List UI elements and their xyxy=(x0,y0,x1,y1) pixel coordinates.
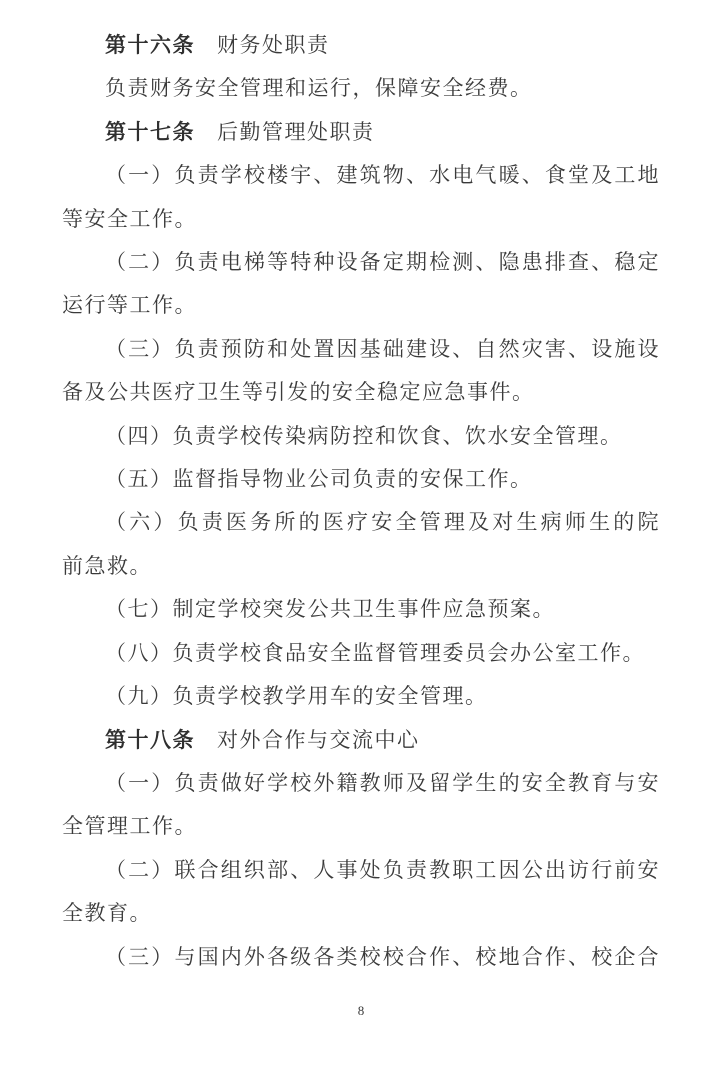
document-line: （三）负责预防和处置因基础建设、自然灾害、设施设 xyxy=(62,328,660,371)
document-line: （八）负责学校食品安全监督管理委员会办公室工作。 xyxy=(62,632,660,675)
document-line: （四）负责学校传染病防控和饮食、饮水安全管理。 xyxy=(62,415,660,458)
document-line: （一）负责做好学校外籍教师及留学生的安全教育与安 xyxy=(62,762,660,805)
document-line: （三）与国内外各级各类校校合作、校地合作、校企合 xyxy=(62,936,660,979)
document-line: （二）负责电梯等特种设备定期检测、隐患排查、稳定 xyxy=(62,241,660,284)
article-number: 第十八条 xyxy=(105,728,195,752)
article-number: 第十六条 xyxy=(105,33,195,57)
document-line: 等安全工作。 xyxy=(62,198,660,241)
document-line: 运行等工作。 xyxy=(62,284,660,327)
page-number: 8 xyxy=(0,1001,722,1021)
article-heading: 第十八条对外合作与交流中心 xyxy=(62,719,660,762)
document-line: 全教育。 xyxy=(62,892,660,935)
document-line: （五）监督指导物业公司负责的安保工作。 xyxy=(62,458,660,501)
article-title: 对外合作与交流中心 xyxy=(217,728,420,752)
article-heading: 第十六条财务处职责 xyxy=(62,24,660,67)
document-line: 全管理工作。 xyxy=(62,805,660,848)
document-line: （七）制定学校突发公共卫生事件应急预案。 xyxy=(62,588,660,631)
document-line: 负责财务安全管理和运行，保障安全经费。 xyxy=(62,67,660,110)
article-title: 后勤管理处职责 xyxy=(217,120,375,144)
document-page: { "page": { "number": "8", "background_c… xyxy=(0,0,722,1066)
article-title: 财务处职责 xyxy=(217,33,330,57)
document-line: 备及公共医疗卫生等引发的安全稳定应急事件。 xyxy=(62,371,660,414)
document-body: 第十六条财务处职责负责财务安全管理和运行，保障安全经费。第十七条后勤管理处职责（… xyxy=(62,24,660,979)
document-line: （一）负责学校楼宇、建筑物、水电气暖、食堂及工地 xyxy=(62,154,660,197)
article-heading: 第十七条后勤管理处职责 xyxy=(62,111,660,154)
document-line: （二）联合组织部、人事处负责教职工因公出访行前安 xyxy=(62,849,660,892)
document-line: 前急救。 xyxy=(62,545,660,588)
document-line: （六）负责医务所的医疗安全管理及对生病师生的院 xyxy=(62,501,660,544)
document-line: （九）负责学校教学用车的安全管理。 xyxy=(62,675,660,718)
article-number: 第十七条 xyxy=(105,120,195,144)
